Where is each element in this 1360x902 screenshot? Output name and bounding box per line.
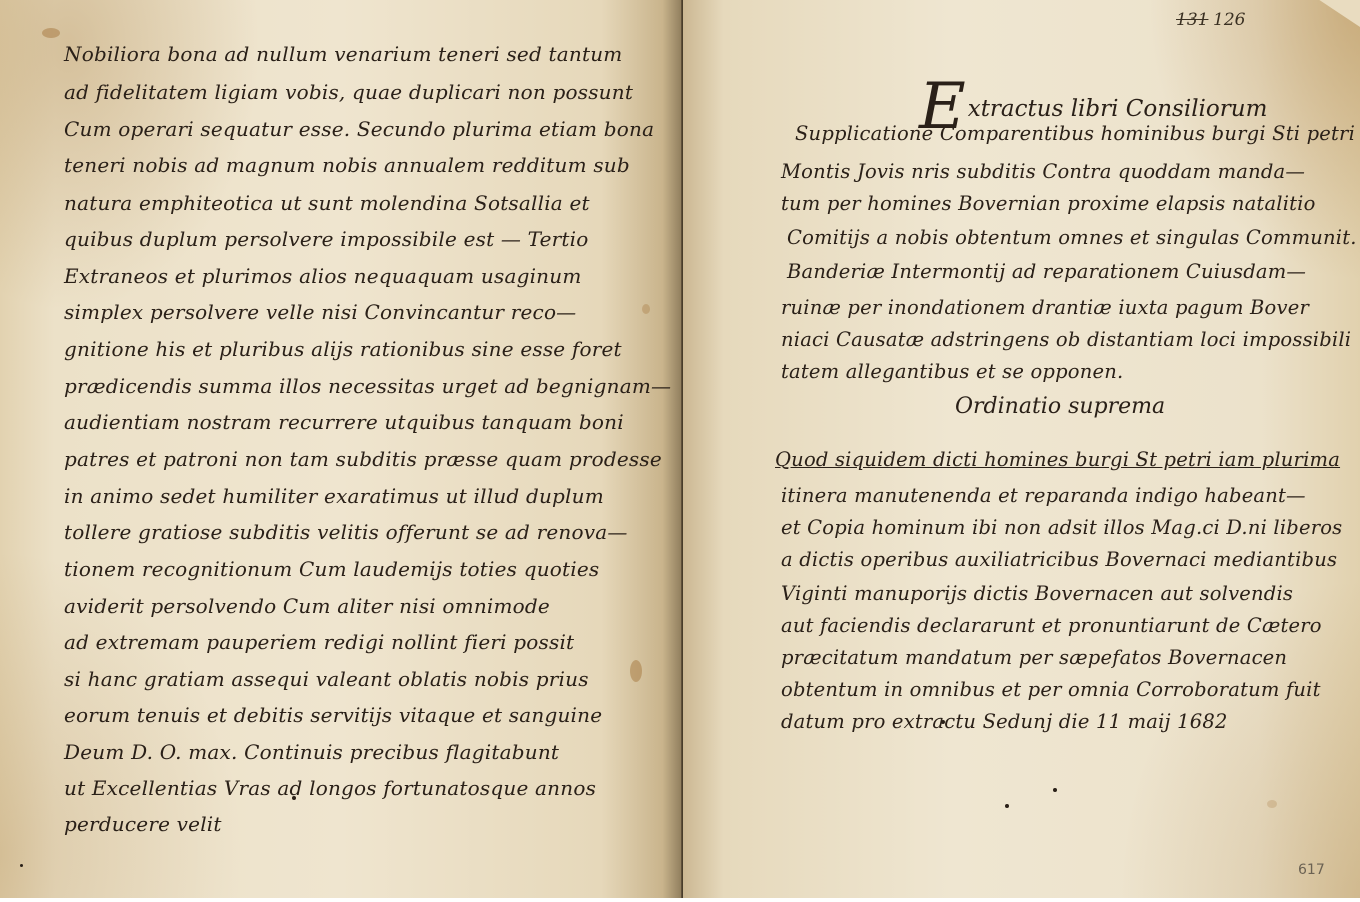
left-line-4: teneri nobis ad magnum nobis annualem re… <box>64 153 630 177</box>
right-line-12: a dictis operibus auxiliatricibus Bovern… <box>781 548 1337 571</box>
right-line-2: Montis Jovis nris subditis Contra quodda… <box>781 160 1305 183</box>
right-line-14: aut faciendis declararunt et pronuntiaru… <box>781 614 1322 637</box>
right-page: 131 126 Extractus libri Consiliorum Supp… <box>683 0 1360 898</box>
left-line-6: quibus duplum persolvere impossibile est… <box>64 227 589 251</box>
right-line-5: Banderiæ Intermontij ad reparationem Cui… <box>787 260 1306 283</box>
left-line-8: simplex persolvere velle nisi Convincant… <box>64 300 576 324</box>
right-line-10: itinera manutenenda et reparanda indigo … <box>781 484 1306 507</box>
left-line-22: perducere velit <box>64 812 222 836</box>
title-text: xtractus libri Consiliorum <box>968 96 1268 122</box>
ink-dot <box>292 796 296 800</box>
left-page: Nobiliora bona ad nullum venarium teneri… <box>0 0 683 898</box>
page-title: Extractus libri Consiliorum <box>919 58 1267 132</box>
right-line-7: niaci Causatæ adstringens ob distantiam … <box>781 328 1351 351</box>
left-line-13: in animo sedet humiliter exaratimus ut i… <box>64 484 604 508</box>
right-line-6: ruinæ per inondationem drantiæ iuxta pag… <box>781 296 1309 319</box>
left-line-20: Deum D. O. max. Continuis precibus flagi… <box>64 740 559 764</box>
right-line-8: tatem allegantibus et se opponen. <box>781 360 1123 383</box>
ink-dot <box>20 864 23 867</box>
left-line-21: ut Excellentias Vras ad longos fortunato… <box>64 776 596 800</box>
left-line-5: natura emphiteotica ut sunt molendina So… <box>64 191 590 215</box>
ink-stain <box>630 660 642 682</box>
left-line-14: tollere gratiose subditis velitis offeru… <box>64 520 628 544</box>
right-line-17: datum pro extractu Sedunj die 11 maij 16… <box>781 710 1228 733</box>
left-line-15: tionem recognitionum Cum laudemijs totie… <box>64 557 599 581</box>
right-line-1: Supplicatione Comparentibus hominibus bu… <box>795 122 1355 145</box>
left-line-11: audientiam nostram recurrere utquibus ta… <box>64 410 624 434</box>
left-line-1: Nobiliora bona ad nullum venarium teneri… <box>64 42 622 66</box>
manuscript-spread: Nobiliora bona ad nullum venarium teneri… <box>0 0 1360 898</box>
folio-number: 126 <box>1213 10 1245 30</box>
left-line-3: Cum operari sequatur esse. Secundo pluri… <box>64 117 654 141</box>
left-line-7: Extraneos et plurimos alios nequaquam us… <box>64 264 582 288</box>
left-line-12: patres et patroni non tam subditis præss… <box>64 447 662 471</box>
ink-dot <box>941 720 945 724</box>
section-heading: Ordinatio suprema <box>955 394 1165 419</box>
ink-dot <box>1053 788 1057 792</box>
right-line-16: obtentum in omnibus et per omnia Corrobo… <box>781 678 1321 701</box>
left-line-19: eorum tenuis et debitis servitijs vitaqu… <box>64 703 602 727</box>
folio-number-old: 131 <box>1176 10 1208 30</box>
left-line-17: ad extremam pauperiem redigi nollint fie… <box>64 630 574 654</box>
left-line-18: si hanc gratiam assequi valeant oblatis … <box>64 667 589 691</box>
left-line-10: prædicendis summa illos necessitas urget… <box>64 374 671 398</box>
right-line-4: Comitijs a nobis obtentum omnes et singu… <box>787 226 1357 249</box>
ink-stain <box>42 28 60 38</box>
right-line-15: præcitatum mandatum per sæpefatos Bovern… <box>781 646 1287 669</box>
archive-pencil-number: 617 <box>1298 862 1325 878</box>
right-line-3: tum per homines Bovernian proxime elapsi… <box>781 192 1316 215</box>
left-line-9: gnitione his et pluribus alijs rationibu… <box>64 337 622 361</box>
right-line-13: Viginti manuporijs dictis Bovernacen aut… <box>781 582 1293 605</box>
left-line-16: aviderit persolvendo Cum aliter nisi omn… <box>64 594 550 618</box>
ink-stain <box>1267 800 1277 808</box>
right-line-11: et Copia hominum ibi non adsit illos Mag… <box>781 516 1342 539</box>
ink-stain <box>642 304 650 314</box>
left-line-2: ad fidelitatem ligiam vobis, quae duplic… <box>64 80 633 104</box>
right-line-9: Quod siquidem dicti homines burgi St pet… <box>775 448 1340 471</box>
ink-dot <box>1005 804 1009 808</box>
